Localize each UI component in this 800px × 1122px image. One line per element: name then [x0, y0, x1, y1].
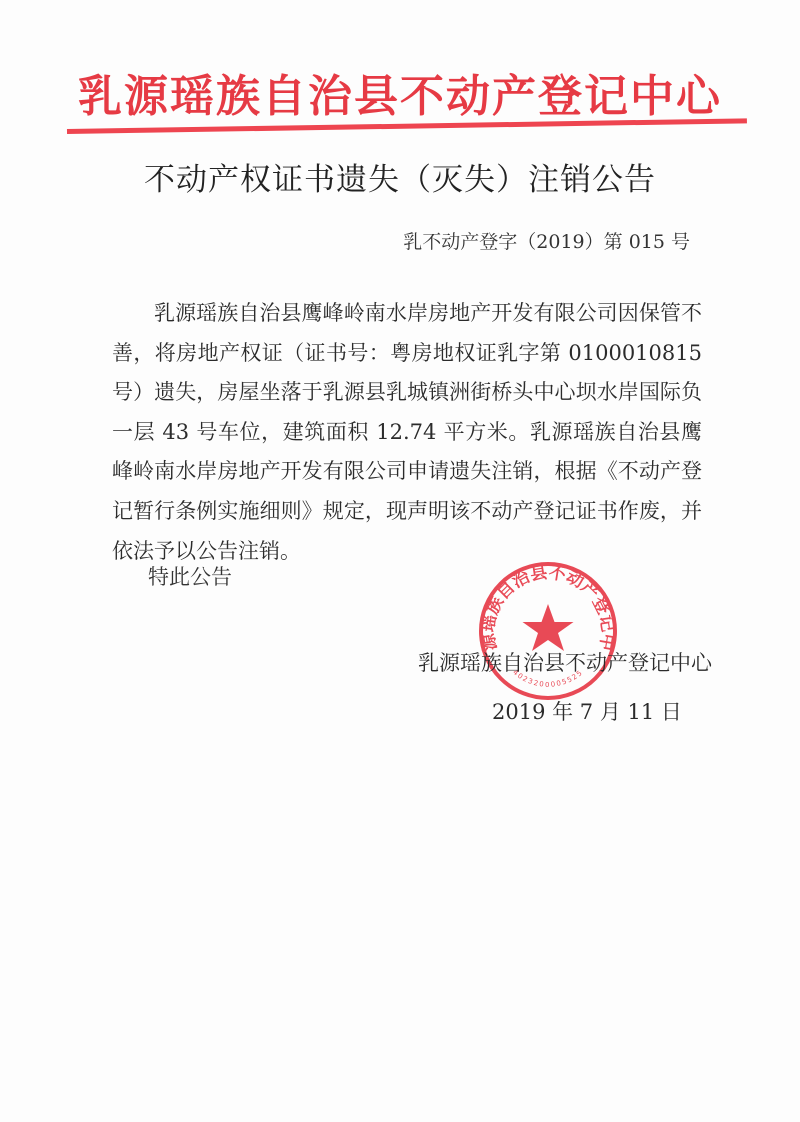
official-seal: 乳源瑶族自治县不动产登记中心 4023200005525: [477, 560, 619, 702]
announcement-body: 乳源瑶族自治县鹰峰岭南水岸房地产开发有限公司因保管不善，将房地产权证（证书号：粤…: [112, 294, 702, 571]
document-page: 乳源瑶族自治县不动产登记中心 不动产权证书遗失（灭失）注销公告 乳不动产登字（2…: [0, 0, 800, 1122]
signature-date: 2019 年 7 月 11 日: [492, 697, 682, 727]
announcement-paragraph: 乳源瑶族自治县鹰峰岭南水岸房地产开发有限公司因保管不善，将房地产权证（证书号：粤…: [112, 294, 702, 571]
document-number: 乳不动产登字（2019）第 015 号: [403, 229, 690, 255]
signature-organization: 乳源瑶族自治县不动产登记中心: [418, 648, 712, 678]
seal-ring-text: 乳源瑶族自治县不动产登记中心: [477, 560, 618, 652]
document-title: 不动产权证书遗失（灭失）注销公告: [0, 160, 800, 200]
organization-letterhead: 乳源瑶族自治县不动产登记中心: [0, 70, 800, 124]
star-icon: [523, 604, 574, 651]
closing-phrase: 特此公告: [148, 562, 232, 592]
